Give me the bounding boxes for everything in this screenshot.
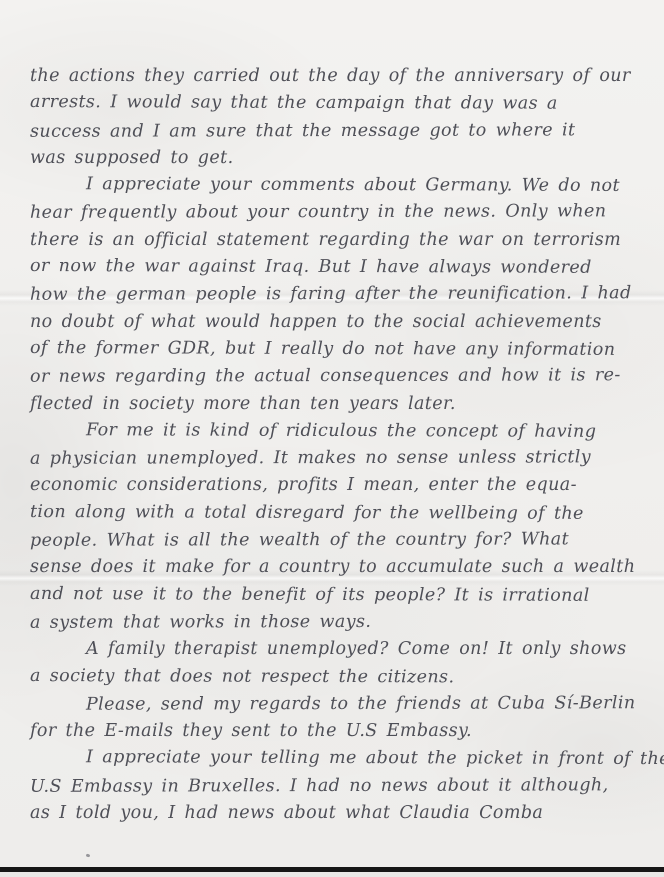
letter-line: Please, send my regards to the friends a… [30,690,650,719]
letter-line: as I told you, I had news about what Cla… [30,800,650,827]
letter-line: economic considerations, profits I mean,… [30,472,650,499]
letter-line: hear frequently about your country in th… [30,199,650,228]
letter-line: no doubt of what would happen to the soc… [30,309,650,336]
letter-line: U.S Embassy in Bruxelles. I had no news … [30,772,650,801]
letter-line: or now the war against Iraq. But I have … [30,253,650,282]
letter-line: For me it is kind of ridiculous the conc… [30,417,650,446]
letter-line: was supposed to get. [30,145,650,172]
letter-line: I appreciate your comments about Germany… [30,171,650,200]
letter-line: how the german people is faring after th… [30,281,650,310]
letter-body: the actions they carried out the day of … [30,63,650,827]
letter-line: a system that works in those ways. [30,608,650,637]
letter-line: people. What is all the wealth of the co… [30,526,650,555]
letter-line: for the E-mails they sent to the U.S Emb… [30,718,650,745]
letter-page: the actions they carried out the day of … [0,0,664,877]
letter-line: and not use it to the benefit of its peo… [30,581,650,610]
letter-line: or news regarding the actual consequence… [30,362,650,391]
letter-line: of the former GDR, but I really do not h… [30,335,650,364]
letter-line: a society that does not respect the citi… [30,663,650,692]
letter-line: flected in society more than ten years l… [30,391,650,418]
letter-line: there is an official statement regarding… [30,227,650,254]
letter-line: sense does it make for a country to accu… [30,554,650,581]
stray-pen-mark [86,853,91,857]
letter-line: arrests. I would say that the campaign t… [30,89,650,118]
letter-line: success and I am sure that the message g… [30,117,650,146]
letter-line: a physician unemployed. It makes no sens… [30,444,650,473]
letter-line: I appreciate your telling me about the p… [30,744,650,773]
scan-edge-foot [0,872,664,877]
letter-line: A family therapist unemployed? Come on! … [30,636,650,663]
letter-line: tion along with a total disregard for th… [30,499,650,528]
letter-line: the actions they carried out the day of … [30,63,650,90]
